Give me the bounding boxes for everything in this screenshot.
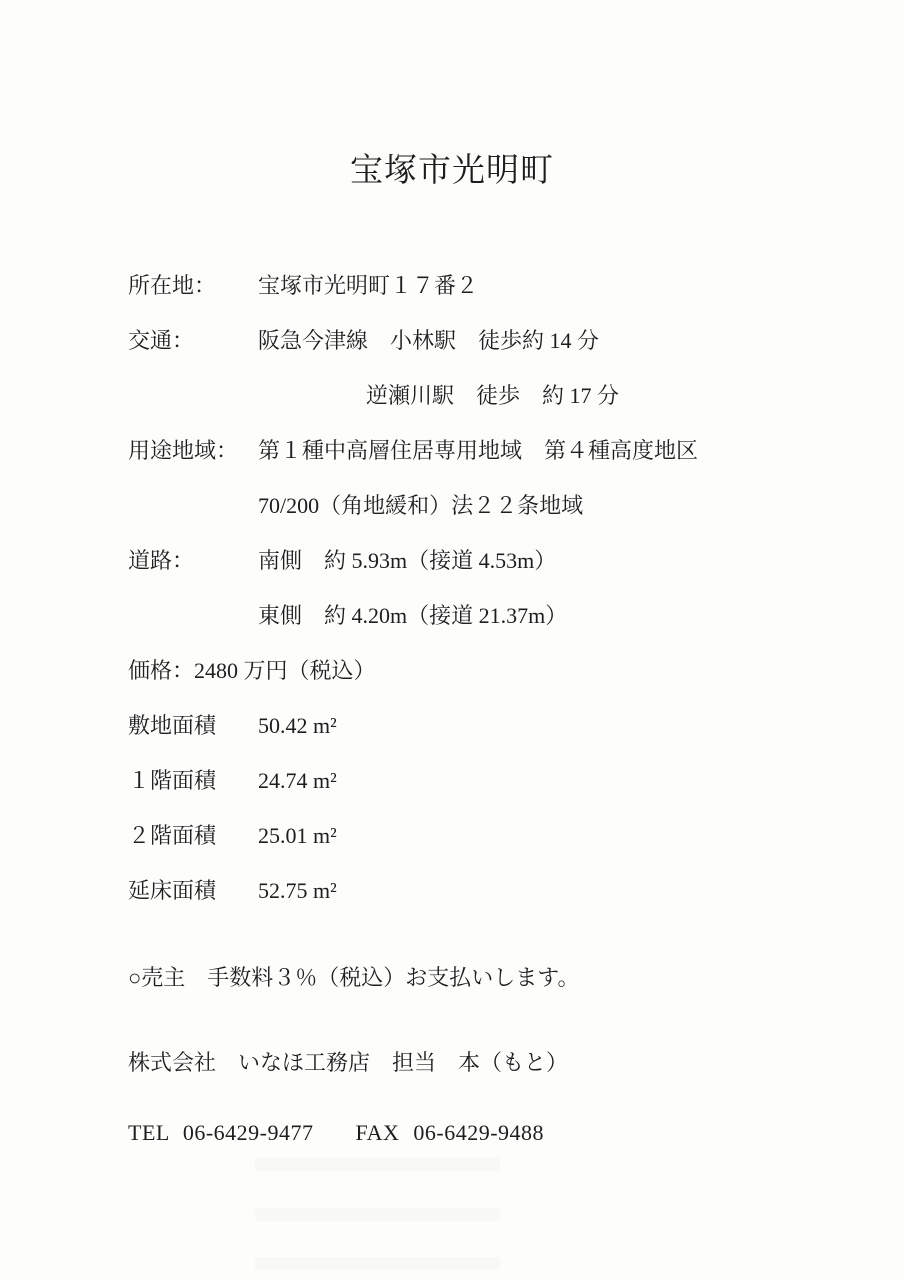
row-first-floor-area: １階面積24.74 m² <box>128 769 904 792</box>
property-details: 所在地：宝塚市光明町１７番２ 交通：阪急今津線 小林駅 徒歩約 14 分 逆瀬川… <box>128 274 904 902</box>
field-label: 価格：2480 万円（税込） <box>128 659 376 682</box>
scan-bleed-mark <box>255 1208 500 1221</box>
row-total-floor-area: 延床面積52.75 m² <box>128 879 904 902</box>
scan-bleed-mark <box>255 1158 500 1171</box>
field-label: 道路： <box>128 549 258 572</box>
row-zoning-2: 70/200（角地緩和）法２２条地域 <box>128 494 904 517</box>
field-value: 70/200（角地緩和）法２２条地域 <box>258 493 583 518</box>
row-transit: 交通：阪急今津線 小林駅 徒歩約 14 分 <box>128 329 904 352</box>
field-value: 逆瀬川駅 徒歩 約 17 分 <box>366 383 619 408</box>
seller-fee-note: ○売主 手数料３％（税込）お支払いします。 <box>128 966 904 989</box>
scan-bleed-artifact <box>255 1158 500 1270</box>
row-transit-2: 逆瀬川駅 徒歩 約 17 分 <box>366 384 904 407</box>
field-value: 南側 約 5.93m（接道 4.53m） <box>258 548 556 573</box>
field-label: 用途地域： <box>128 439 258 462</box>
row-road-south: 道路：南側 約 5.93m（接道 4.53m） <box>128 549 904 572</box>
field-label: ２階面積 <box>128 824 258 847</box>
scan-bleed-mark <box>255 1257 500 1270</box>
field-value: 50.42 m² <box>258 713 337 738</box>
row-price: 価格：2480 万円（税込） <box>128 659 904 682</box>
field-label: １階面積 <box>128 769 258 792</box>
field-value: 阪急今津線 小林駅 徒歩約 14 分 <box>258 328 599 353</box>
field-label: 交通： <box>128 329 258 352</box>
contact-line: TEL06-6429-9477FAX06-6429-9488 <box>128 1121 904 1144</box>
row-land-area: 敷地面積50.42 m² <box>128 714 904 737</box>
fax-label: FAX <box>355 1120 399 1145</box>
company-line: 株式会社 いなほ工務店 担当 本（もと） <box>128 1051 904 1074</box>
fax-number: 06-6429-9488 <box>413 1120 544 1145</box>
field-label: 延床面積 <box>128 879 258 902</box>
row-second-floor-area: ２階面積25.01 m² <box>128 824 904 847</box>
tel-label: TEL <box>128 1120 170 1145</box>
field-value: 宝塚市光明町１７番２ <box>258 273 478 298</box>
field-value: 第１種中高層住居専用地域 第４種高度地区 <box>258 438 698 463</box>
field-label: 敷地面積 <box>128 714 258 737</box>
document-page: 宝塚市光明町 所在地：宝塚市光明町１７番２ 交通：阪急今津線 小林駅 徒歩約 1… <box>0 0 904 1280</box>
field-value: 52.75 m² <box>258 878 337 903</box>
field-label: 所在地： <box>128 274 258 297</box>
row-zoning: 用途地域：第１種中高層住居専用地域 第４種高度地区 <box>128 439 904 462</box>
field-value: 24.74 m² <box>258 768 337 793</box>
field-value: 25.01 m² <box>258 823 337 848</box>
tel-number: 06-6429-9477 <box>183 1120 314 1145</box>
field-value: 東側 約 4.20m（接道 21.37m） <box>258 603 567 628</box>
row-location: 所在地：宝塚市光明町１７番２ <box>128 274 904 297</box>
row-road-east: 東側 約 4.20m（接道 21.37m） <box>128 604 904 627</box>
page-title: 宝塚市光明町 <box>0 0 904 192</box>
